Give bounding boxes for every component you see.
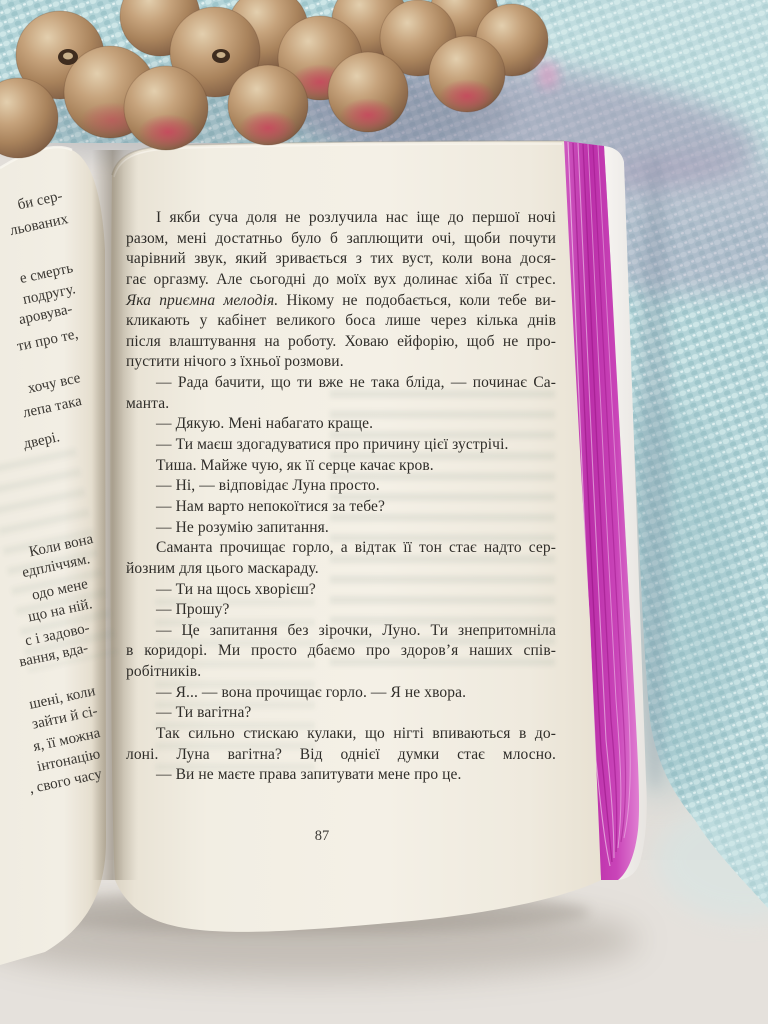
text-line: разом, мені достатньо було б заплющити о… <box>126 229 556 250</box>
text-line: лоні. Луна вагітна? Від однієї думки ста… <box>126 745 556 766</box>
text-line: після влаштування на роботу. Ховаю ейфор… <box>126 332 556 353</box>
page-number: 87 <box>106 828 538 845</box>
left-page-text-fragment: двері. <box>22 429 61 453</box>
text-line: — Ви не маєте права запитувати мене про … <box>126 765 556 786</box>
text-line: чарівний звук, який зривається з тих вус… <box>126 249 556 270</box>
text-line: Саманта прочищає горло, а відтак її тон … <box>126 538 556 559</box>
page-text: І якби суча доля не розлучила нас іще до… <box>126 208 556 786</box>
text-line: гає оргазму. Але сьогодні до моїх вух до… <box>126 270 556 291</box>
text-line: — Не розумію запитання. <box>126 518 556 539</box>
text-line: манта. <box>126 394 556 415</box>
text-line: — Ти маєш здогадуватися про причину цієї… <box>126 435 556 456</box>
left-page-text-fragment: ти про те, <box>16 326 80 356</box>
pink-fuzz <box>538 61 558 89</box>
italic-phrase: Яка приємна мелодія. <box>126 292 278 309</box>
text-line: — Ти вагітна? <box>126 703 556 724</box>
text-line: в коридорі. Ми просто дбаємо про здоров’… <box>126 641 556 662</box>
text-line: — Нам варто непокоїтися за тебе? <box>126 497 556 518</box>
text-line: — Рада бачити, що ти вже не така бліда, … <box>126 373 556 394</box>
text-line: кликають у кабінет великого боса лише че… <box>126 311 556 332</box>
text-line: — Ти на щось хворієш? <box>126 580 556 601</box>
text-line: — Ні, — відповідає Луна просто. <box>126 476 556 497</box>
left-page-fragments: би сер-льованихе смертьподругу.аровува-т… <box>0 0 108 1024</box>
text-line: І якби суча доля не розлучила нас іще до… <box>126 208 556 229</box>
text-line: пустити нічого з їхньої розмови. <box>126 352 556 373</box>
text-line: Так сильно стискаю кулаки, що нігті впив… <box>126 724 556 745</box>
text-line: — Прошу? <box>126 600 556 621</box>
text-line: робітників. <box>126 662 556 683</box>
left-page-text-fragment: би сер- <box>16 188 64 214</box>
text-line: йозним для цього маскараду. <box>126 559 556 580</box>
text-line: — Я... — вона прочищає горло. — Я не хво… <box>126 683 556 704</box>
left-page-text-fragment: льованих <box>9 211 70 240</box>
text-line: — Це запитання без зірочки, Луно. Ти зне… <box>126 621 556 642</box>
text-line: — Дякую. Мені набагато краще. <box>126 414 556 435</box>
text-line: Яка приємна мелодія. Нікому не подобаєть… <box>126 291 556 312</box>
text-line: Тиша. Майже чую, як її серце качає кров. <box>126 456 556 477</box>
photo-open-book-scene: би сер-льованихе смертьподругу.аровува-т… <box>0 0 768 1024</box>
